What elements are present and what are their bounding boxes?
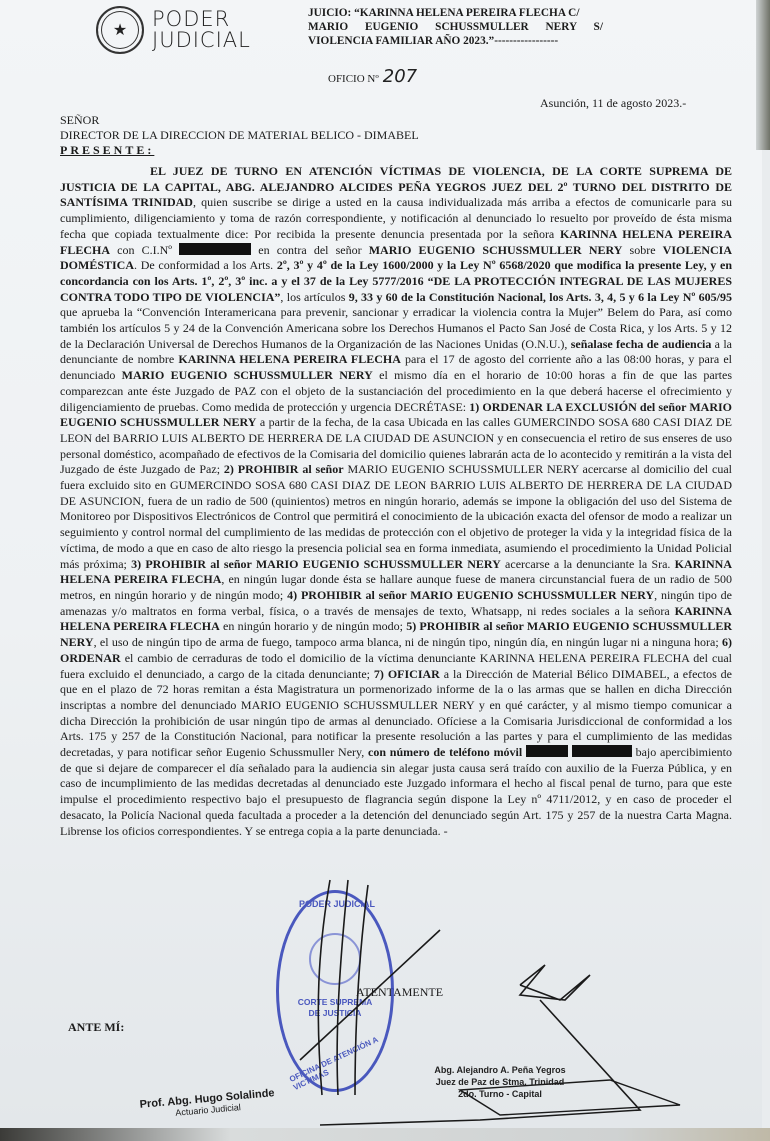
body-text: 4) PROHIBIR al señor MARIO EUGENIO SCHUS… [287,588,654,602]
judge-signature-block: Abg. Alejandro A. Peña Yegros Juez de Pa… [430,1064,570,1100]
body-text: , el uso de ningún tipo de arma de fuego… [94,635,722,649]
national-seal-icon: ★ [96,6,144,54]
body-text: 2) PROHIBIR al señor [224,462,344,476]
body-text: con C.I.Nº [110,243,179,257]
document-body: EL JUEZ DE TURNO EN ATENCIÓN VÍCTIMAS DE… [60,164,732,839]
body-text: . De conformidad a los Arts. [134,258,277,272]
poder-judicial-logo: ★ PODER JUDICIAL [96,6,251,54]
body-text: 9, 33 y 60 de la Constitución Nacional, … [349,290,732,304]
court-stamp: PODER JUDICIAL CORTE SUPREMA DE JUSTICIA… [276,890,394,1092]
redacted-phone-number [526,745,568,757]
body-text: KARINNA HELENA PEREIRA FLECHA [178,352,400,366]
ante-mi-label: ANTE MÍ: [68,1020,124,1035]
body-text: MARIO EUGENIO SCHUSSMULLER NERY acercars… [60,462,732,570]
document-date: Asunción, 11 de agosto 2023.- [540,96,686,111]
redacted-phone-number-cont [572,745,632,757]
stamp-seal-icon [309,933,361,985]
body-text: MARIO EUGENIO SCHUSSMULLER NERY [369,243,623,257]
body-text: señalase fecha de audiencia [571,337,712,351]
body-text: MARIO EUGENIO SCHUSSMULLER NERY [122,368,373,382]
body-text: , los artículos [280,290,348,304]
body-text: con número de teléfono móvil [368,745,522,759]
institution-name: PODER JUDICIAL [152,9,251,51]
body-text: 3) PROHIBIR al señor MARIO EUGENIO SCHUS… [131,557,501,571]
addressee-block: SEÑOR DIRECTOR DE LA DIRECCION DE MATERI… [60,113,419,158]
oficio-number: OFICIO Nº207 [328,66,417,87]
body-text: en contra del señor [251,243,369,257]
body-text: acercarse a la denunciante la Sra. [501,557,675,571]
paper-edge-shadow [756,0,770,150]
body-text: sobre [622,243,662,257]
case-title: JUICIO: “KARINNA HELENA PEREIRA FLECHA C… [308,6,666,48]
body-text: en ningún horario y de ningún modo; [220,619,406,633]
body-text: 7) OFICIAR [374,667,440,681]
desk-background [0,1128,770,1141]
redacted-id-number [179,243,251,255]
